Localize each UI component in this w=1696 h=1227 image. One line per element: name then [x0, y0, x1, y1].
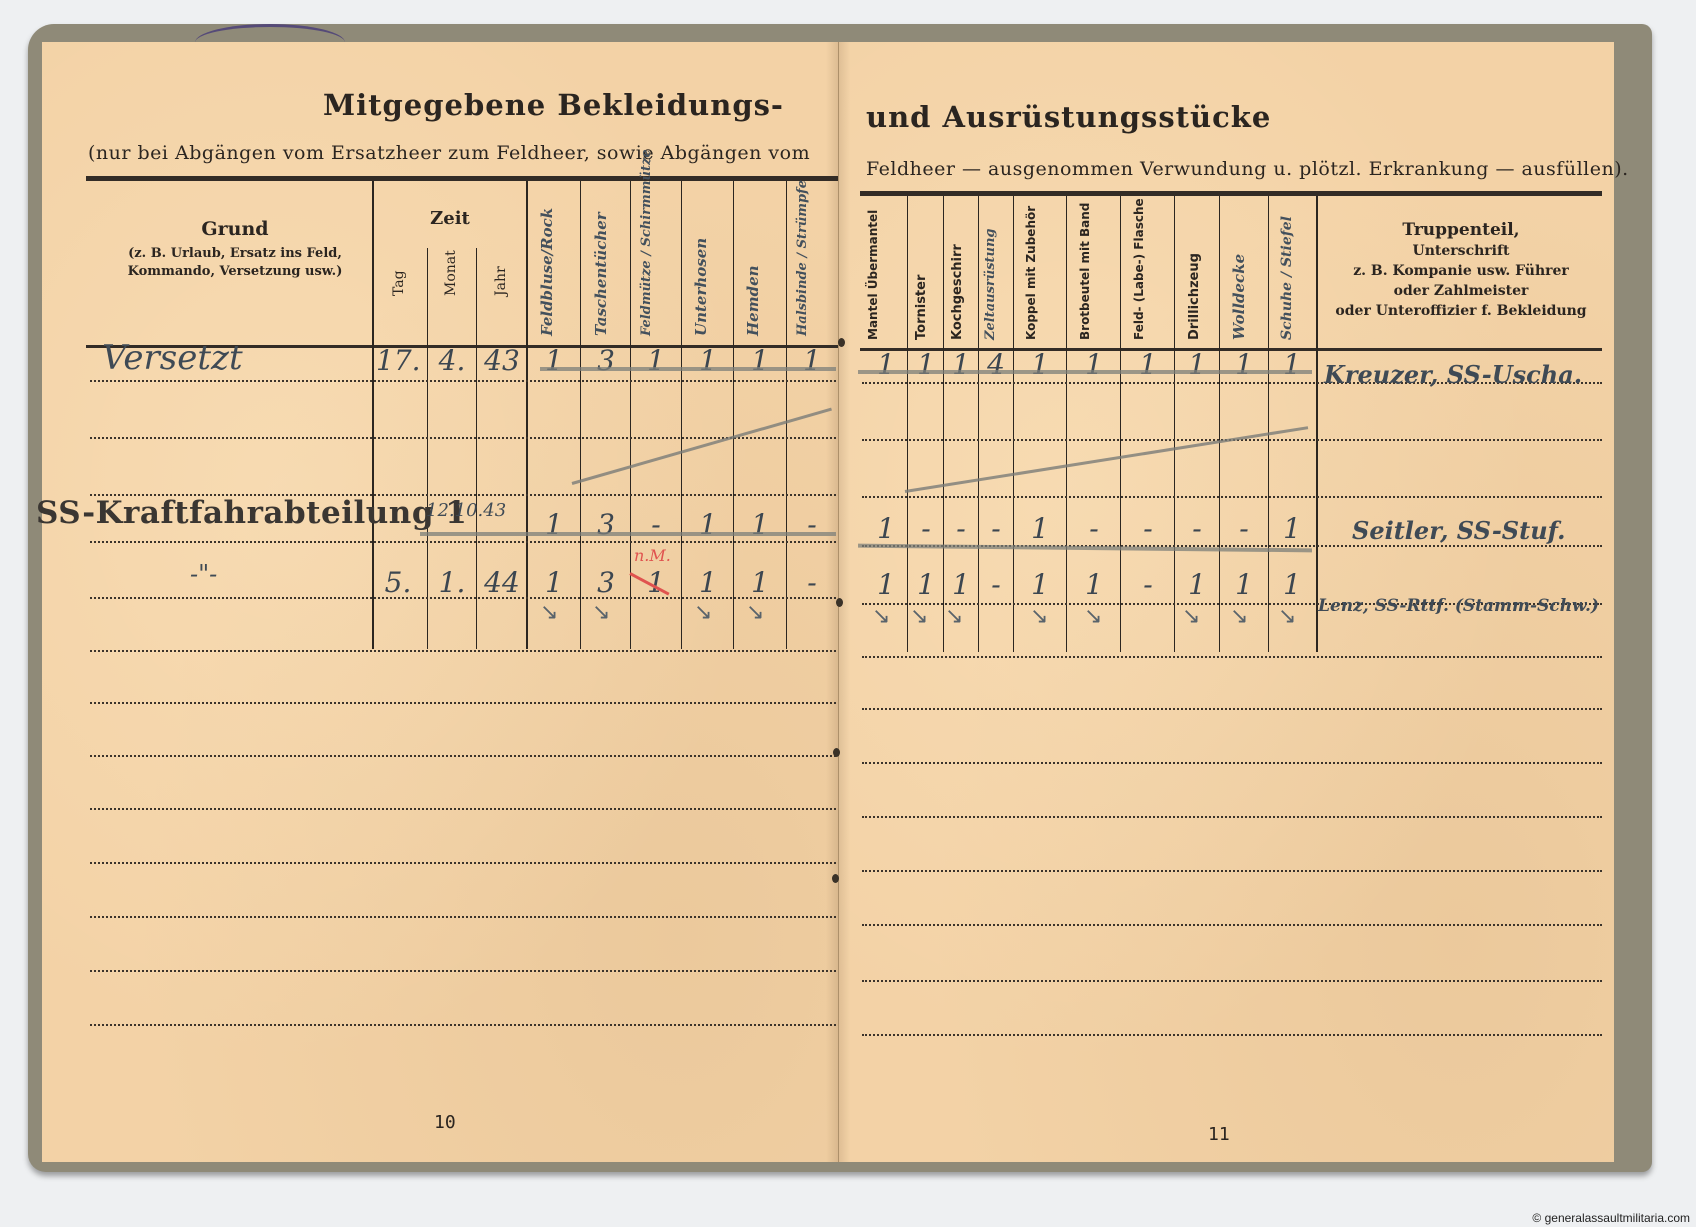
copyright-notice: © generalassaultmilitaria.com: [1532, 1211, 1690, 1225]
header-truppenteil-line-3: oder Zahlmeister: [1320, 283, 1602, 299]
row3-left-2: 1: [634, 566, 678, 599]
row-rule: [90, 970, 836, 972]
header-monat: Monat: [444, 250, 458, 296]
col-divider: [1066, 196, 1067, 652]
table-top-rule-right: [860, 191, 1602, 196]
row1-strikethrough-left: [540, 367, 836, 371]
row2-strikethrough-left: [420, 532, 836, 536]
row3-right-5: 1: [1072, 568, 1116, 601]
item-header-left-5: Halsbinde / Strümpfe: [796, 180, 810, 336]
row-rule: [90, 702, 836, 704]
row3-tag: 5.: [376, 566, 420, 599]
row1-jahr: 43: [480, 344, 524, 377]
col-divider: [630, 181, 631, 649]
check-mark-icon: ↘: [592, 600, 610, 625]
row3-signature: Lenz, SS-Rttf. (Stamm-Schw.): [1318, 596, 1599, 616]
row3-monat: 1.: [430, 566, 474, 599]
binding-hole: [832, 874, 839, 883]
row2-left-5: -: [790, 508, 834, 541]
item-header-right-8: Wolldecke: [1232, 254, 1246, 340]
row2-left-1: 3: [584, 508, 628, 541]
row3-right-3: -: [974, 568, 1018, 601]
row2-left-0: 1: [532, 508, 576, 541]
col-divider: [580, 181, 581, 649]
col-divider: [1316, 196, 1318, 652]
row2-grund-stamp: SS-Kraftfahrabteilung 1: [36, 495, 467, 531]
check-mark-icon: ↘: [1084, 604, 1102, 629]
header-truppenteil-line-2: z. B. Kompanie usw. Führer: [1320, 263, 1602, 279]
row3-right-4: 1: [1018, 568, 1062, 601]
row1-right-3: 4: [974, 348, 1018, 381]
row1-left-4: 1: [738, 344, 782, 377]
row1-strikethrough-right: [858, 370, 1312, 374]
row1-left-1: 3: [584, 344, 628, 377]
item-header-right-3: Zeltausrüstung: [984, 228, 998, 340]
header-zeit: Zeit: [400, 208, 500, 229]
row3-right-9: 1: [1270, 568, 1314, 601]
row-rule: [862, 708, 1602, 710]
row-rule: [862, 496, 1602, 498]
row1-right-0: 1: [864, 348, 908, 381]
row2-right-6: -: [1126, 512, 1170, 545]
row3-red-note: n.M.: [634, 546, 671, 565]
check-mark-icon: ↘: [945, 604, 963, 629]
row-rule: [862, 656, 1602, 658]
row2-right-0: 1: [864, 512, 908, 545]
col-divider: [1219, 196, 1220, 652]
col-divider: [526, 181, 528, 649]
col-divider: [786, 181, 787, 649]
table-top-rule-left: [86, 176, 838, 181]
row2-right-4: 1: [1018, 512, 1062, 545]
header-grund-hint-1: (z. B. Urlaub, Ersatz ins Feld,: [96, 246, 374, 261]
check-mark-icon: ↘: [1030, 604, 1048, 629]
row1-left-5: 1: [790, 344, 834, 377]
item-header-right-6: Feld- (Labe-) Flasche: [1132, 198, 1146, 340]
item-header-right-9: Schuhe / Stiefel: [1280, 216, 1294, 340]
row3-left-4: 1: [738, 566, 782, 599]
row-rule: [862, 762, 1602, 764]
row1-right-4: 1: [1018, 348, 1062, 381]
row2-right-8: -: [1222, 512, 1266, 545]
row3-left-1: 3: [584, 566, 628, 599]
item-header-right-1: Tornister: [915, 275, 929, 340]
row-rule: [90, 862, 836, 864]
check-mark-icon: ↘: [872, 604, 890, 629]
item-header-right-5: Brotbeutel mit Band: [1078, 203, 1092, 340]
subtitle-left: (nur bei Abgängen vom Ersatzheer zum Fel…: [88, 142, 810, 164]
item-header-left-3: Unterhosen: [694, 238, 708, 336]
col-divider: [427, 248, 428, 649]
page-number-right: 11: [1208, 1124, 1230, 1145]
row2-date: 12.10.43: [426, 500, 506, 521]
row2-left-4: 1: [738, 508, 782, 541]
item-header-left-2: Feldmütze / Schirmmütze: [640, 149, 654, 336]
header-truppenteil: Truppenteil,: [1320, 220, 1602, 240]
row2-right-5: -: [1072, 512, 1116, 545]
row1-right-6: 1: [1126, 348, 1170, 381]
check-mark-icon: ↘: [910, 604, 928, 629]
binding-hole: [836, 598, 843, 607]
col-divider: [476, 248, 477, 649]
title-left: Mitgegebene Bekleidungs-: [323, 88, 784, 122]
row1-left-2: 1: [634, 344, 678, 377]
row-rule: [90, 541, 836, 543]
header-tag: Tag: [392, 270, 406, 296]
page-number-left: 10: [434, 1112, 456, 1133]
item-header-left-1: Taschentücher: [594, 212, 608, 336]
col-divider: [1120, 196, 1121, 652]
title-right: und Ausrüstungsstücke: [866, 100, 1271, 134]
check-mark-icon: ↘: [1278, 604, 1296, 629]
row1-left-0: 1: [532, 344, 576, 377]
row-rule: [862, 870, 1602, 872]
row3-right-7: 1: [1175, 568, 1219, 601]
row1-right-9: 1: [1270, 348, 1314, 381]
col-divider: [1268, 196, 1269, 652]
header-grund: Grund: [100, 218, 370, 240]
binding-hole: [833, 748, 840, 757]
row3-right-8: 1: [1222, 568, 1266, 601]
row1-monat: 4.: [430, 344, 474, 377]
col-divider: [733, 181, 734, 649]
row-rule: [90, 1024, 836, 1026]
row1-right-7: 1: [1175, 348, 1219, 381]
check-mark-icon: ↘: [746, 600, 764, 625]
row2-left-3: 1: [686, 508, 730, 541]
check-mark-icon: ↘: [1182, 604, 1200, 629]
row3-right-6: -: [1126, 568, 1170, 601]
row-rule: [862, 980, 1602, 982]
row2-signature: Seitler, SS-Stuf.: [1352, 516, 1565, 545]
row2-right-9: 1: [1270, 512, 1314, 545]
row1-signature: Kreuzer, SS-Uscha.: [1324, 360, 1582, 389]
row1-right-5: 1: [1072, 348, 1116, 381]
row-rule: [90, 755, 836, 757]
header-grund-hint-2: Kommando, Versetzung usw.): [96, 264, 374, 279]
item-header-right-2: Kochgeschirr: [951, 244, 965, 340]
row-rule: [90, 808, 836, 810]
row2-right-7: -: [1175, 512, 1219, 545]
col-divider: [681, 181, 682, 649]
subtitle-right: Feldheer — ausgenommen Verwundung u. plö…: [866, 158, 1629, 180]
row-rule: [90, 380, 836, 382]
row1-grund: Versetzt: [102, 338, 243, 378]
item-header-right-7: Drillichzeug: [1188, 253, 1202, 340]
row-rule: [90, 916, 836, 918]
row3-jahr: 44: [480, 566, 524, 599]
item-header-left-0: Feldbluse/Rock: [540, 208, 554, 336]
row3-left-0: 1: [532, 566, 576, 599]
check-mark-icon: ↘: [540, 600, 558, 625]
row2-left-2: -: [634, 508, 678, 541]
row-rule: [862, 1034, 1602, 1036]
item-header-right-0: Mantel Übermantel: [866, 210, 880, 340]
row3-right-0: 1: [864, 568, 908, 601]
header-truppenteil-line-4: oder Unteroffizier f. Bekleidung: [1320, 303, 1602, 319]
row3-grund: -"-: [190, 560, 217, 588]
row-rule: [862, 816, 1602, 818]
row1-left-3: 1: [686, 344, 730, 377]
check-mark-icon: ↘: [1230, 604, 1248, 629]
row1-right-8: 1: [1222, 348, 1266, 381]
row2-right-3: -: [974, 512, 1018, 545]
row3-left-3: 1: [686, 566, 730, 599]
header-truppenteil-line-1: Unterschrift: [1320, 243, 1602, 259]
item-header-right-4: Koppel mit Zubehör: [1024, 206, 1038, 340]
row-rule: [862, 924, 1602, 926]
row3-left-5: -: [790, 566, 834, 599]
header-jahr: Jahr: [494, 266, 508, 296]
item-header-left-4: Hemden: [746, 265, 760, 336]
row1-tag: 17.: [376, 344, 420, 377]
binding-hole: [838, 338, 845, 347]
row-rule: [90, 650, 836, 652]
check-mark-icon: ↘: [694, 600, 712, 625]
